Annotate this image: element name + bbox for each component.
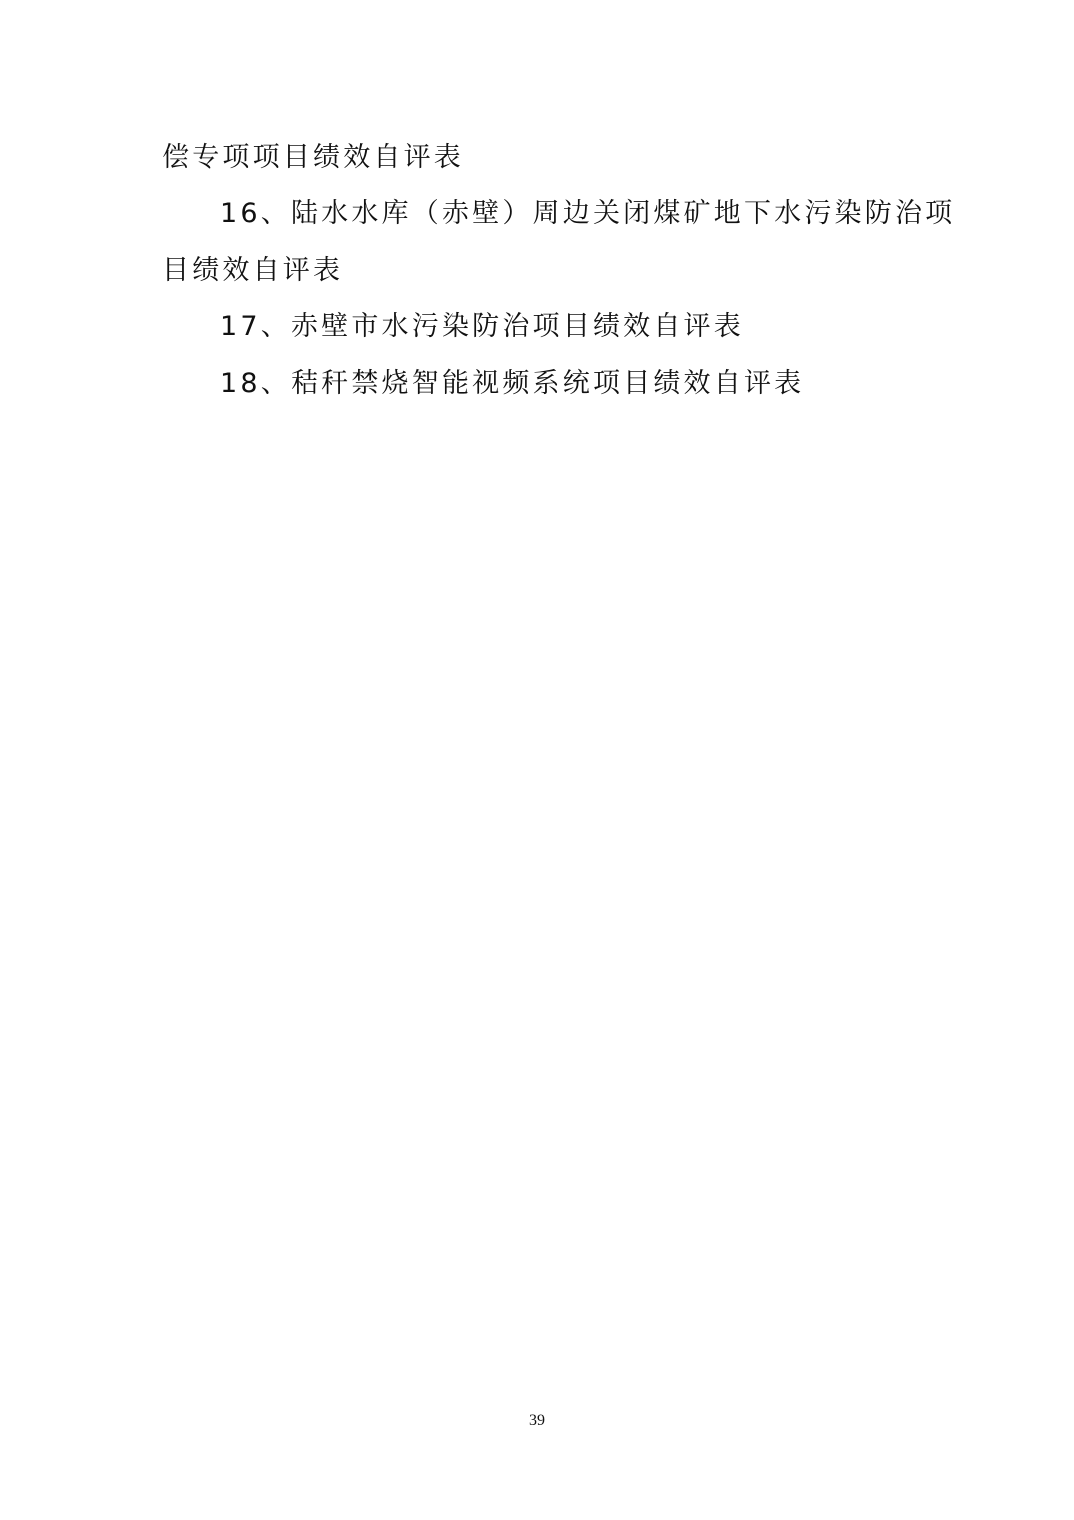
list-item-16-continuation: 目绩效自评表 [162,254,343,288]
list-item-15-continuation: 偿专项项目绩效自评表 [162,141,464,175]
document-page: 偿专项项目绩效自评表 16、陆水水库（赤壁）周边关闭煤矿地下水污染防治项 目绩效… [0,0,1074,1520]
list-item-16: 16、陆水水库（赤壁）周边关闭煤矿地下水污染防治项 [220,197,955,231]
list-item-17: 17、赤壁市水污染防治项目绩效自评表 [220,310,744,344]
list-item-18: 18、秸秆禁烧智能视频系统项目绩效自评表 [220,367,804,401]
page-number: 39 [0,1412,1074,1430]
